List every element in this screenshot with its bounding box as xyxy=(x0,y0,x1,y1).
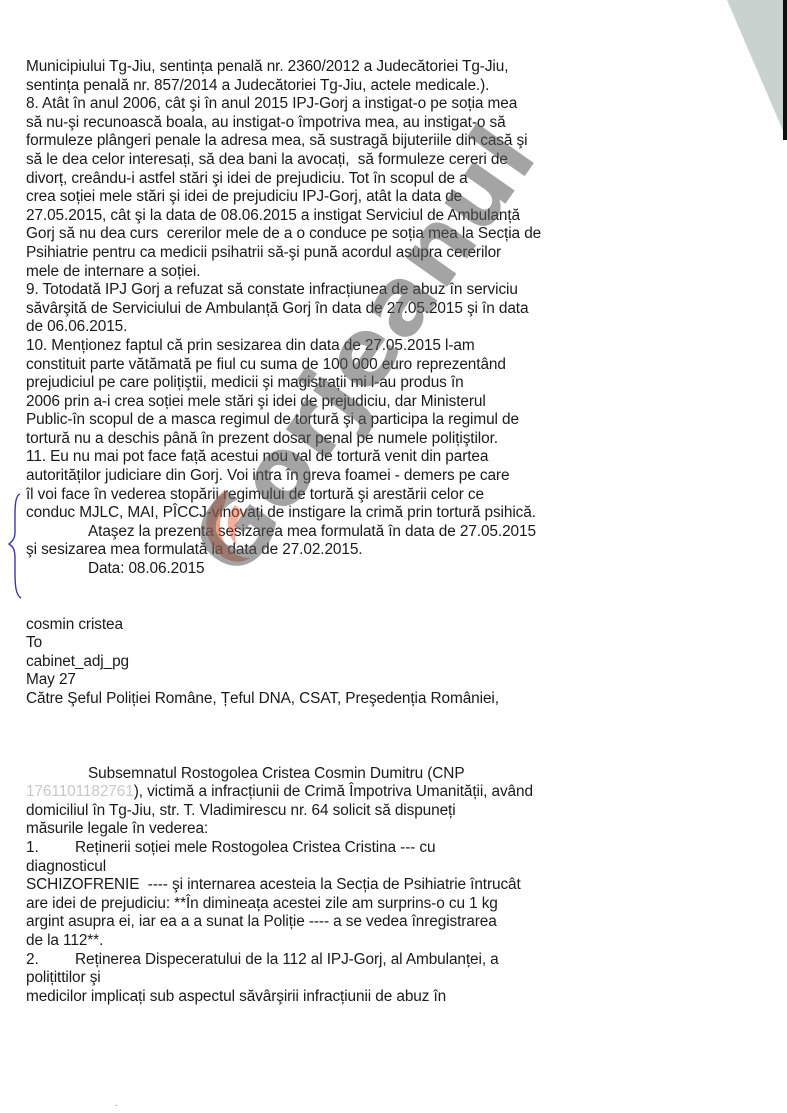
email-from: cosmin cristea xyxy=(26,616,676,635)
request-item-line: are idei de prejudiciu: **În dimineața a… xyxy=(26,895,676,914)
paragraph-line: Psihiatrie pentru ca medicii psihatrii s… xyxy=(26,244,676,263)
page-corner-shadow xyxy=(727,0,787,140)
attachment-line-1: Ataşez la prezenta sesizarea mea formula… xyxy=(26,523,676,542)
paragraph-line: crea soției mele stări şi idei de prejud… xyxy=(26,188,676,207)
request-item-line: argint asupra ei, iar ea a a sunat la Po… xyxy=(26,913,676,932)
request-item-line: de la 112**. xyxy=(26,932,676,951)
paragraph-line: Public-în scopul de a masca regimul de t… xyxy=(26,411,676,430)
paragraph-line: îl voi face în vederea stopării regimulu… xyxy=(26,486,676,505)
paragraph-line: divorț, creându-i astfel stări şi idei d… xyxy=(26,170,676,189)
body-intro: Subsemnatul Rostogolea Cristea Cosmin Du… xyxy=(26,765,676,784)
scanned-document-page: Municipiului Tg-Jiu, sentința penală nr.… xyxy=(0,0,787,1113)
paragraph-line: Gorj să nu dea curs cererilor mele de a … xyxy=(26,225,676,244)
paragraph-line: mele de internare a soției. xyxy=(26,263,676,282)
paragraph-line: 8. Atât în anul 2006, cât şi în anul 201… xyxy=(26,95,676,114)
request-item-number: 1. xyxy=(26,839,75,858)
email-date: May 27 xyxy=(26,671,676,690)
body-line-3: domiciliul în Tg-Jiu, str. T. Vladimires… xyxy=(26,802,676,821)
request-item-line: polițittilor şi xyxy=(26,969,676,988)
paragraph-line: prejudiciul pe care polițiştii, medicii … xyxy=(26,374,676,393)
paragraph-line: Municipiului Tg-Jiu, sentința penală nr.… xyxy=(26,58,676,77)
paragraph-line: 27.05.2015, cât şi la data de 08.06.2015… xyxy=(26,207,676,226)
paragraph-line: constituit parte vătămată pe fiul cu sum… xyxy=(26,356,676,375)
document-body: Municipiului Tg-Jiu, sentința penală nr.… xyxy=(26,58,676,1006)
cnp-redacted: 1761101182761 xyxy=(26,783,134,800)
scan-speck: · xyxy=(115,1100,118,1111)
paragraph-line: de 06.06.2015. xyxy=(26,318,676,337)
request-item-line: 2.Reținerea Dispeceratului de la 112 al … xyxy=(26,951,676,970)
email-to: cabinet_adj_pg xyxy=(26,653,676,672)
email-recipients: Către Şeful Poliției Române, Țeful DNA, … xyxy=(26,690,676,709)
page-corner-edge xyxy=(783,0,787,140)
paragraph-line: să nu-şi recunoască boala, au instigat-o… xyxy=(26,114,676,133)
request-item-line: SCHIZOFRENIE ---- şi internarea acesteia… xyxy=(26,876,676,895)
paragraph-line: conduc MJLC, MAI, PÎCCJ-vinovați de inst… xyxy=(26,504,676,523)
paragraph-line: 9. Totodată IPJ Gorj a refuzat să consta… xyxy=(26,281,676,300)
paragraph-line: formuleze plângeri penale la adresa mea,… xyxy=(26,132,676,151)
attachment-line-2: şi sesizarea mea formulată la data de 27… xyxy=(26,541,676,560)
complaint-paragraphs: Municipiului Tg-Jiu, sentința penală nr.… xyxy=(26,58,676,523)
request-item-line: 1.Reținerii soției mele Rostogolea Crist… xyxy=(26,839,676,858)
body-line-4: măsurile legale în vederea: xyxy=(26,820,676,839)
paragraph-line: 11. Eu nu mai pot face față acestui nou … xyxy=(26,448,676,467)
request-list: 1.Reținerii soției mele Rostogolea Crist… xyxy=(26,839,676,1006)
request-item-line: diagnosticul xyxy=(26,858,676,877)
paragraph-line: tortură nu a deschis până în prezent dos… xyxy=(26,430,676,449)
paragraph-line: autorităților judiciare din Gorj. Voi in… xyxy=(26,467,676,486)
paragraph-line: sentința penală nr. 857/2014 a Judecător… xyxy=(26,77,676,96)
paragraph-line: să le dea celor interesați, să dea bani … xyxy=(26,151,676,170)
paragraph-line: săvârşită de Serviciului de Ambulanță Go… xyxy=(26,300,676,319)
body-line-2: 1761101182761), victimă a infracțiunii d… xyxy=(26,783,676,802)
document-date: Data: 08.06.2015 xyxy=(26,560,676,579)
email-to-label: To xyxy=(26,634,676,653)
handwritten-bracket-mark xyxy=(8,492,24,600)
paragraph-line: 2006 prin a-i crea soției mele stări şi … xyxy=(26,393,676,412)
request-item-line: medicilor implicați sub aspectul săvârşi… xyxy=(26,988,676,1007)
request-item-number: 2. xyxy=(26,951,75,970)
paragraph-line: 10. Menționez faptul că prin sesizarea d… xyxy=(26,337,676,356)
